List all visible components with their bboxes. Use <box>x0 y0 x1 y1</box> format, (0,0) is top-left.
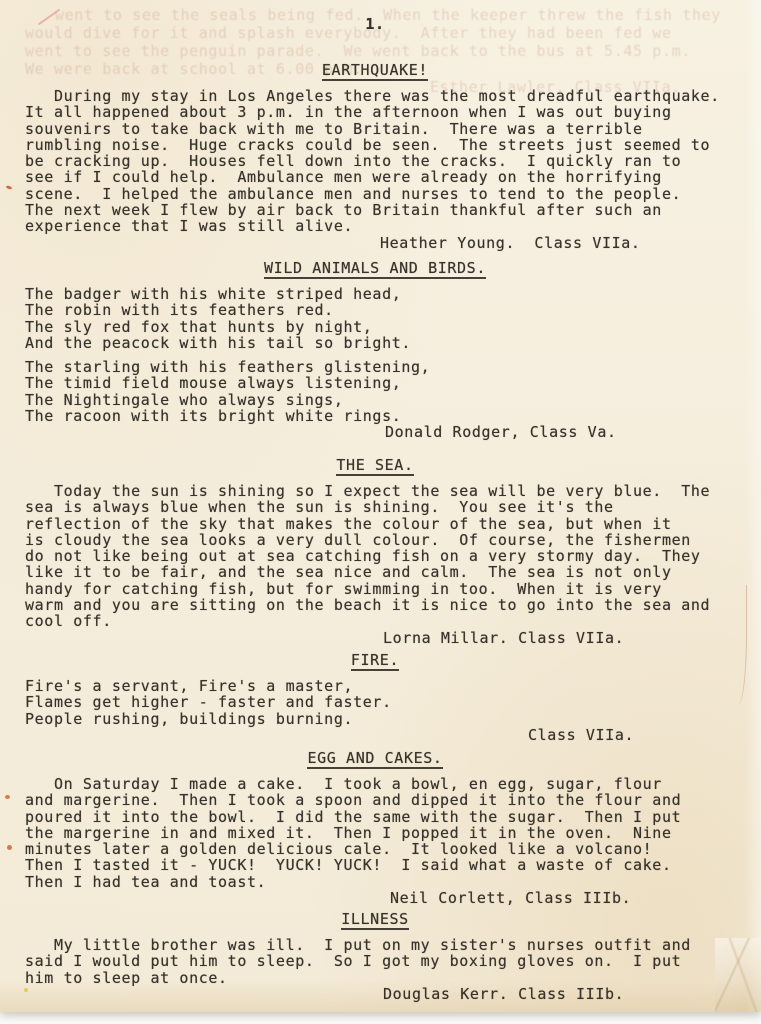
section-title: EGG AND CAKES. <box>25 750 725 767</box>
text-line: minutes later a golden delicious cale. I… <box>25 841 725 857</box>
text-line: souvenirs to take back with me to Britai… <box>25 121 725 137</box>
text-line: People rushing, buildings burning. <box>25 711 725 727</box>
scanned-page-wrapper: went to see the seals being fed. When th… <box>0 0 761 1024</box>
section-fire: FIRE.Fire's a servant, Fire's a master,F… <box>25 652 725 743</box>
text-line: On Saturday I made a cake. I took a bowl… <box>25 776 725 792</box>
text-line: And the peacock with his tail so bright. <box>25 335 725 351</box>
text-block: Fire's a servant, Fire's a master,Flames… <box>25 678 725 727</box>
text-line: The badger with his white striped head, <box>25 286 725 302</box>
paper-speck <box>5 795 10 799</box>
text-line: him to sleep at once. <box>25 970 725 986</box>
text-line: be cracking up. Houses fell down into th… <box>25 153 725 169</box>
section-the-sea: THE SEA. Today the sun is shining so I e… <box>25 457 725 646</box>
text-line: rumbling noise. Huge cracks could be see… <box>25 137 725 153</box>
text-line: and margerine. Then I took a spoon and d… <box>25 792 725 808</box>
text-line: The sly red fox that hunts by night, <box>25 319 725 335</box>
text-block: Today the sun is shining so I expect the… <box>25 483 725 630</box>
text-line: During my stay in Los Angeles there was … <box>25 88 725 104</box>
paper-speck <box>7 845 12 850</box>
text-line: My little brother was ill. I put on my s… <box>25 937 725 953</box>
section-title-text: EGG AND CAKES. <box>307 749 442 769</box>
text-block: On Saturday I made a cake. I took a bowl… <box>25 776 725 890</box>
author-attribution: Lorna Millar. Class VIIa. <box>383 630 725 646</box>
section-title: ILLNESS <box>25 911 725 928</box>
text-line: like it to be fair, and the sea nice and… <box>25 564 725 580</box>
page-number: 1. <box>25 16 725 32</box>
text-line: warm and you are sitting on the beach it… <box>25 597 725 613</box>
section-earthquake: EARTHQUAKE! During my stay in Los Angele… <box>25 62 725 251</box>
author-attribution: Class VIIa. <box>528 727 725 743</box>
paper-sheet: went to see the seals being fed. When th… <box>0 0 761 1012</box>
paper-speck <box>6 185 13 190</box>
author-attribution: Heather Young. Class VIIa. <box>380 235 725 251</box>
text-block: My little brother was ill. I put on my s… <box>25 937 725 986</box>
section-title-text: EARTHQUAKE! <box>322 61 428 81</box>
text-line: poured it into the bowl. I did the same … <box>25 809 725 825</box>
text-line: It all happened about 3 p.m. in the afte… <box>25 104 725 120</box>
text-line: see if I could help. Ambulance men were … <box>25 169 725 185</box>
typewritten-text-layer: 1. EARTHQUAKE! During my stay in Los Ang… <box>25 0 725 1012</box>
section-title-text: ILLNESS <box>341 910 409 930</box>
text-line: sea is always blue when the sun is shini… <box>25 499 725 515</box>
section-title-text: FIRE. <box>351 651 399 671</box>
section-wild-animals-and-birds: WILD ANIMALS AND BIRDS.The badger with h… <box>25 260 725 441</box>
text-line: the margerine in and mixed it. Then I po… <box>25 825 725 841</box>
text-line: Then I had tea and toast. <box>25 874 725 890</box>
section-title: THE SEA. <box>25 457 725 474</box>
author-attribution: Douglas Kerr. Class IIIb. <box>383 986 725 1002</box>
text-line: cool off. <box>25 613 725 629</box>
text-line: The next week I flew by air back to Brit… <box>25 202 725 218</box>
text-line: is cloudy the sea looks a very dull colo… <box>25 532 725 548</box>
paper-speck <box>24 988 28 992</box>
text-line: Flames get higher - faster and faster. <box>25 694 725 710</box>
author-attribution: Donald Rodger, Class Va. <box>385 424 725 440</box>
text-line: experience that I was still alive. <box>25 218 725 234</box>
text-line: The timid field mouse always listening, <box>25 375 725 391</box>
section-title-text: WILD ANIMALS AND BIRDS. <box>264 259 486 279</box>
section-title: FIRE. <box>25 652 725 669</box>
section-title: WILD ANIMALS AND BIRDS. <box>25 260 725 277</box>
paper-crease <box>732 585 747 705</box>
text-line: The robin with its feathers red. <box>25 302 725 318</box>
crumpled-corner <box>715 938 761 1012</box>
text-line: The racoon with its bright white rings. <box>25 408 725 424</box>
text-block: The badger with his white striped head,T… <box>25 286 725 351</box>
section-egg-and-cakes: EGG AND CAKES. On Saturday I made a cake… <box>25 750 725 906</box>
text-line: Then I tasted it - YUCK! YUCK! YUCK! I s… <box>25 857 725 873</box>
text-line: reflection of the sky that makes the col… <box>25 516 725 532</box>
text-line: said I would put him to sleep. So I got … <box>25 953 725 969</box>
section-illness: ILLNESS My little brother was ill. I put… <box>25 911 725 1002</box>
text-block: The starling with his feathers glistenin… <box>25 359 725 424</box>
text-line: do not like being out at sea catching fi… <box>25 548 725 564</box>
text-line: The Nightingale who always sings, <box>25 392 725 408</box>
section-title-text: THE SEA. <box>336 456 413 476</box>
text-line: Today the sun is shining so I expect the… <box>25 483 725 499</box>
text-line: scene. I helped the ambulance men and nu… <box>25 186 725 202</box>
author-attribution: Neil Corlett, Class IIIb. <box>390 890 725 906</box>
section-title: EARTHQUAKE! <box>25 62 725 79</box>
text-block: During my stay in Los Angeles there was … <box>25 88 725 235</box>
text-line: Fire's a servant, Fire's a master, <box>25 678 725 694</box>
text-line: handy for catching fish, but for swimmin… <box>25 581 725 597</box>
text-line: The starling with his feathers glistenin… <box>25 359 725 375</box>
